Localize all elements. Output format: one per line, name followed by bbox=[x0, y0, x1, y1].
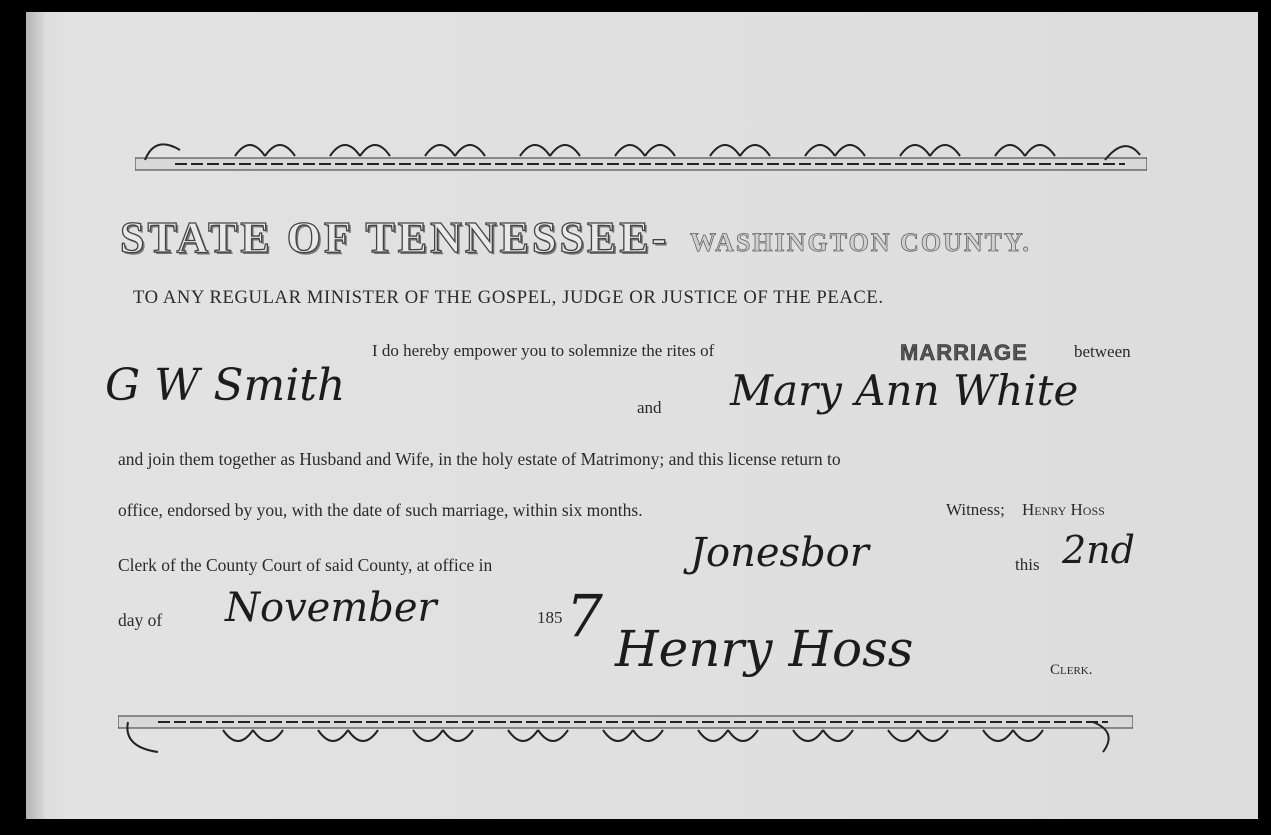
and-label: and bbox=[637, 398, 662, 418]
year-prefix: 185 bbox=[537, 608, 563, 628]
join-line: and join them together as Husband and Wi… bbox=[118, 449, 841, 470]
groom-name-handwritten: G W Smith bbox=[105, 360, 345, 411]
document-title-state: STATE OF TENNESSEE- bbox=[120, 212, 669, 263]
day-handwritten: 2nd bbox=[1062, 528, 1135, 572]
witness-label: Witness; bbox=[946, 500, 1005, 520]
address-line: TO ANY REGULAR MINISTER OF THE GOSPEL, J… bbox=[133, 287, 884, 309]
bottom-ornamental-border bbox=[118, 712, 1133, 756]
clerk-label: Clerk. bbox=[1050, 662, 1092, 679]
month-handwritten: November bbox=[225, 585, 437, 631]
clerk-line: Clerk of the County Court of said County… bbox=[118, 555, 492, 576]
top-ornamental-border bbox=[135, 130, 1147, 174]
clerk-signature: Henry Hoss bbox=[615, 620, 913, 678]
witness-name: Henry Hoss bbox=[1022, 500, 1105, 520]
marriage-stamp: MARRIAGE bbox=[900, 340, 1028, 366]
day-of-label: day of bbox=[118, 610, 162, 631]
this-label: this bbox=[1015, 555, 1040, 575]
empower-text: I do hereby empower you to solemnize the… bbox=[372, 341, 714, 361]
year-digit-handwritten: 7 bbox=[566, 582, 603, 650]
document-title-county: WASHINGTON COUNTY. bbox=[690, 228, 1031, 258]
place-handwritten: Jonesbor bbox=[690, 530, 869, 576]
between-label: between bbox=[1074, 342, 1131, 362]
bride-name-handwritten: Mary Ann White bbox=[730, 366, 1078, 415]
office-line: office, endorsed by you, with the date o… bbox=[118, 500, 643, 521]
